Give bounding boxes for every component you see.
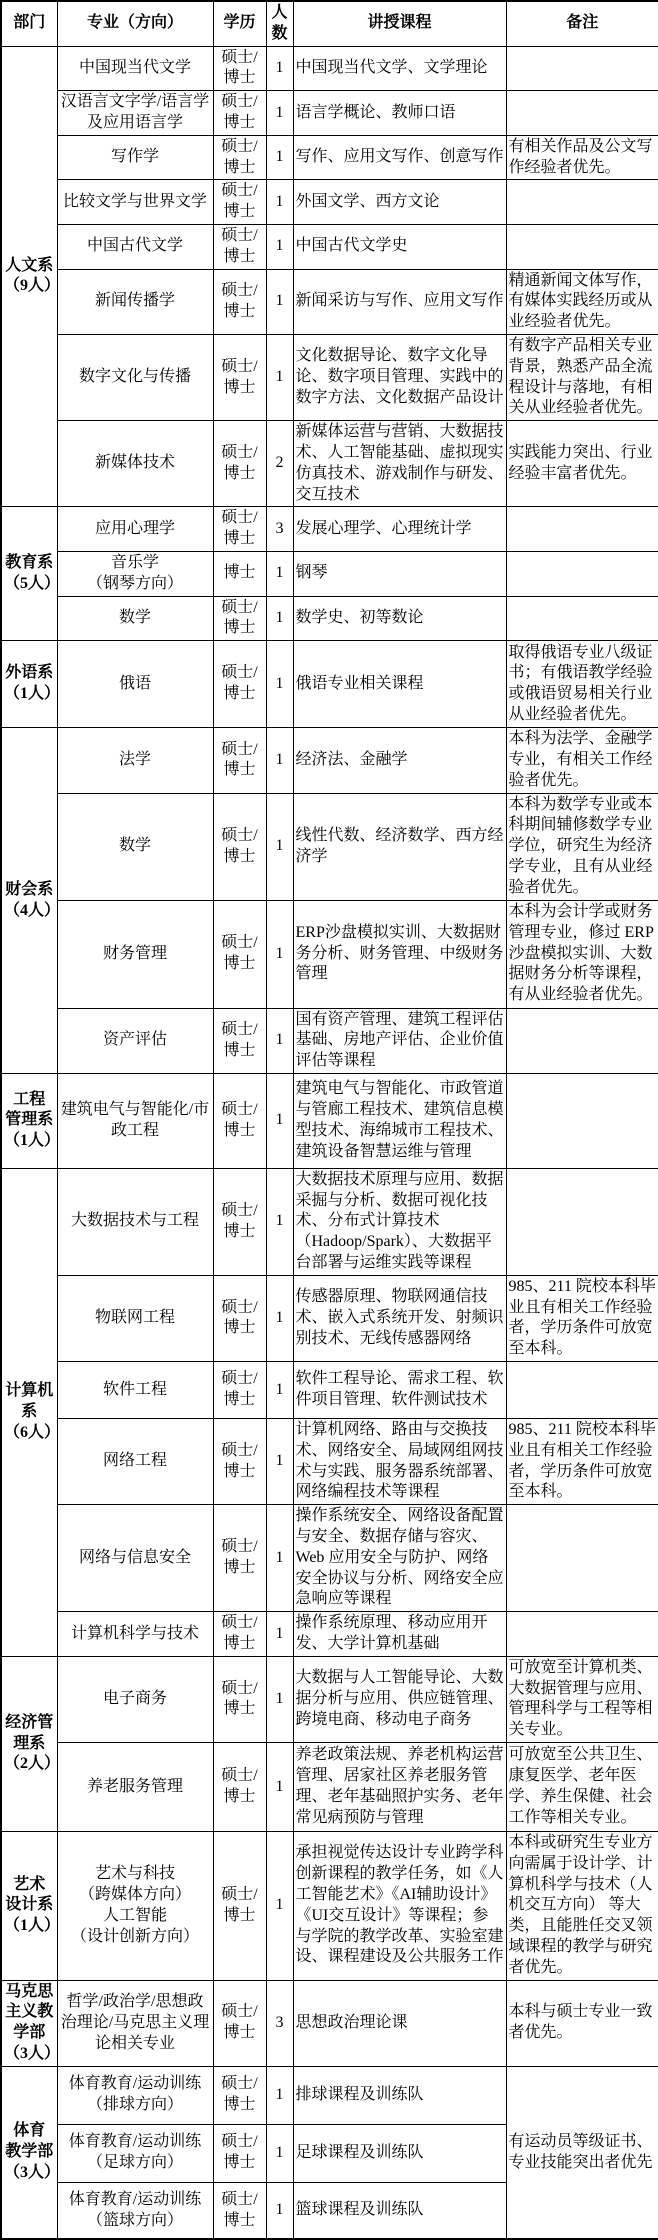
table-row: 财会系 （4人） 法学 硕士/博士 1 经济法、金融学 本科为法学、金融学专业，… bbox=[1, 728, 658, 793]
department-cell: 艺术 设计系 （1人） bbox=[1, 1832, 57, 1981]
count-cell: 1 bbox=[266, 551, 293, 596]
note-cell: 985、211 院校本科毕业且有相关工作经验者，学历条件可放宽至本科。 bbox=[506, 1419, 658, 1505]
major-cell: 汉语言文字学/语言学及应用语言学 bbox=[57, 91, 213, 136]
count-cell: 1 bbox=[266, 2182, 293, 2239]
courses-cell: ERP沙盘模拟实训、大数据财务分析、财务管理、中级财务管理 bbox=[293, 900, 506, 1008]
major-cell: 数字文化与传播 bbox=[57, 334, 213, 420]
courses-cell: 外国文学、西方文论 bbox=[293, 180, 506, 225]
table-row: 音乐学 （钢琴方向） 博士 1 钢琴 bbox=[1, 551, 658, 596]
degree-cell: 硕士/博士 bbox=[213, 641, 266, 728]
courses-cell: 建筑电气与智能化、市政管道与管廊工程技术、建筑信息模型技术、海绵城市工程技术、建… bbox=[293, 1073, 506, 1168]
count-cell: 1 bbox=[266, 1073, 293, 1168]
courses-cell: 文化数据导论、数字文化导论、数字项目管理、实践中的数字方法、文化数据产品设计 bbox=[293, 334, 506, 420]
courses-cell: 养老政策法规、养老机构运营管理、居家社区养老服务管理、老年基础照护实务、老年常见… bbox=[293, 1743, 506, 1832]
courses-cell: 大数据与人工智能导论、大数据分析与应用、供应链管理、跨境电商、移动电子商务 bbox=[293, 1656, 506, 1742]
count-cell: 1 bbox=[266, 2124, 293, 2182]
table-row: 新媒体技术 硕士/博士 2 新媒体运营与营销、大数据技术、人工智能基础、虚拟现实… bbox=[1, 421, 658, 507]
note-cell bbox=[506, 46, 658, 91]
count-cell: 1 bbox=[266, 180, 293, 225]
count-cell: 1 bbox=[266, 1612, 293, 1657]
major-cell: 中国现当代文学 bbox=[57, 46, 213, 91]
table-row: 工程 管理系 （1人） 建筑电气与智能化/市政工程 硕士/博士 1 建筑电气与智… bbox=[1, 1073, 658, 1168]
table-row: 软件工程 硕士/博士 1 软件工程导论、需求工程、软件项目管理、软件测试技术 bbox=[1, 1362, 658, 1419]
major-cell: 物联网工程 bbox=[57, 1275, 213, 1361]
department-cell: 经济管 理系 （2人） bbox=[1, 1656, 57, 1831]
table-row: 物联网工程 硕士/博士 1 传感器原理、物联网通信技术、嵌入式系统开发、射频识别… bbox=[1, 1275, 658, 1361]
count-cell: 1 bbox=[266, 269, 293, 334]
courses-cell: 操作系统安全、网络设备配置与安全、数据存储与容灾、Web 应用安全与防护、网络安… bbox=[293, 1505, 506, 1612]
degree-cell: 硕士/博士 bbox=[213, 728, 266, 793]
note-cell: 实践能力突出、行业经验丰富者优先。 bbox=[506, 421, 658, 507]
courses-cell: 写作、应用文写作、创意写作 bbox=[293, 135, 506, 180]
note-cell: 本科为法学、金融学专业，有相关工作经验者优先。 bbox=[506, 728, 658, 793]
department-cell: 人文系 （9人） bbox=[1, 46, 57, 507]
col-header-note: 备注 bbox=[506, 1, 658, 46]
note-cell bbox=[506, 91, 658, 136]
major-cell: 数学 bbox=[57, 596, 213, 641]
courses-cell: 钢琴 bbox=[293, 551, 506, 596]
note-cell: 本科为会计学或财务管理专业，修过 ERP 沙盘模拟实训、大数据财务分析等课程，有… bbox=[506, 900, 658, 1008]
col-header-count: 人数 bbox=[266, 1, 293, 46]
note-cell bbox=[506, 224, 658, 269]
note-cell: 可放宽至计算机类、大数据管理与应用、管理科学与工程等相关专业。 bbox=[506, 1656, 658, 1742]
courses-cell: 操作系统原理、移动应用开发、大学计算机基础 bbox=[293, 1612, 506, 1657]
count-cell: 1 bbox=[266, 2066, 293, 2124]
courses-cell: 思想政治理论课 bbox=[293, 1980, 506, 2066]
count-cell: 1 bbox=[266, 1656, 293, 1742]
major-cell: 财务管理 bbox=[57, 900, 213, 1008]
major-cell: 资产评估 bbox=[57, 1008, 213, 1073]
note-cell: 本科为数学专业或本科期间辅修数学专业学位，研究生为经济学专业，且有从业经验者优先… bbox=[506, 793, 658, 900]
degree-cell: 硕士/博士 bbox=[213, 269, 266, 334]
major-cell: 建筑电气与智能化/市政工程 bbox=[57, 1073, 213, 1168]
count-cell: 1 bbox=[266, 728, 293, 793]
major-cell: 音乐学 （钢琴方向） bbox=[57, 551, 213, 596]
count-cell: 1 bbox=[266, 1275, 293, 1361]
note-cell bbox=[506, 1073, 658, 1168]
department-cell: 马克思 主义教 学部 （3人） bbox=[1, 1980, 57, 2066]
note-cell: 可放宽至公共卫生、康复医学、老年医学、养生保健、社会工作等相关专业。 bbox=[506, 1743, 658, 1832]
department-cell: 教育系 （5人） bbox=[1, 507, 57, 641]
table-row: 写作学 硕士/博士 1 写作、应用文写作、创意写作 有相关作品及公文写作经验者优… bbox=[1, 135, 658, 180]
courses-cell: 传感器原理、物联网通信技术、嵌入式系统开发、射频识别技术、无线传感器网络 bbox=[293, 1275, 506, 1361]
major-cell: 数学 bbox=[57, 793, 213, 900]
department-cell: 工程 管理系 （1人） bbox=[1, 1073, 57, 1168]
count-cell: 1 bbox=[266, 793, 293, 900]
major-cell: 计算机科学与技术 bbox=[57, 1612, 213, 1657]
courses-cell: 篮球课程及训练队 bbox=[293, 2182, 506, 2239]
degree-cell: 硕士/博士 bbox=[213, 2124, 266, 2182]
degree-cell: 硕士/博士 bbox=[213, 1505, 266, 1612]
degree-cell: 硕士/博士 bbox=[213, 91, 266, 136]
count-cell: 1 bbox=[266, 46, 293, 91]
degree-cell: 硕士/博士 bbox=[213, 180, 266, 225]
degree-cell: 硕士/博士 bbox=[213, 1362, 266, 1419]
degree-cell: 硕士/博士 bbox=[213, 135, 266, 180]
count-cell: 3 bbox=[266, 1980, 293, 2066]
courses-cell: 俄语专业相关课程 bbox=[293, 641, 506, 728]
courses-cell: 线性代数、经济数学、西方经济学 bbox=[293, 793, 506, 900]
table-row: 汉语言文字学/语言学及应用语言学 硕士/博士 1 语言学概论、教师口语 bbox=[1, 91, 658, 136]
table-row: 新闻传播学 硕士/博士 1 新闻采访与写作、应用文写作 精通新闻文体写作，有媒体… bbox=[1, 269, 658, 334]
col-header-degree: 学历 bbox=[213, 1, 266, 46]
table-row: 数学 硕士/博士 1 数学史、初等数论 bbox=[1, 596, 658, 641]
table-row: 经济管 理系 （2人） 电子商务 硕士/博士 1 大数据与人工智能导论、大数据分… bbox=[1, 1656, 658, 1742]
note-cell: 精通新闻文体写作，有媒体实践经历或从业经验者优先。 bbox=[506, 269, 658, 334]
table-row: 马克思 主义教 学部 （3人） 哲学/政治学/思想政治理论/马克思主义理论相关专… bbox=[1, 1980, 658, 2066]
degree-cell: 硕士/博士 bbox=[213, 1743, 266, 1832]
major-cell: 应用心理学 bbox=[57, 507, 213, 552]
courses-cell: 软件工程导论、需求工程、软件项目管理、软件测试技术 bbox=[293, 1362, 506, 1419]
table-row: 中国古代文学 硕士/博士 1 中国古代文学史 bbox=[1, 224, 658, 269]
degree-cell: 硕士/博士 bbox=[213, 596, 266, 641]
table-row: 教育系 （5人） 应用心理学 硕士/博士 3 发展心理学、心理统计学 bbox=[1, 507, 658, 552]
degree-cell: 硕士/博士 bbox=[213, 46, 266, 91]
degree-cell: 硕士/博士 bbox=[213, 1008, 266, 1073]
degree-cell: 硕士/博士 bbox=[213, 1832, 266, 1981]
courses-cell: 计算机网络、路由与交换技术、网络安全、局域网组网技术与实践、服务器系统部署、网络… bbox=[293, 1419, 506, 1505]
degree-cell: 硕士/博士 bbox=[213, 1656, 266, 1742]
count-cell: 1 bbox=[266, 1419, 293, 1505]
courses-cell: 大数据技术原理与应用、数据采掘与分析、数据可视化技术、分布式计算技术（Hadoo… bbox=[293, 1168, 506, 1275]
major-cell: 体育教育/运动训练 （排球方向） bbox=[57, 2066, 213, 2124]
count-cell: 1 bbox=[266, 641, 293, 728]
count-cell: 1 bbox=[266, 596, 293, 641]
note-cell bbox=[506, 1168, 658, 1275]
courses-cell: 排球课程及训练队 bbox=[293, 2066, 506, 2124]
degree-cell: 硕士/博士 bbox=[213, 224, 266, 269]
note-cell bbox=[506, 180, 658, 225]
table-row: 数学 硕士/博士 1 线性代数、经济数学、西方经济学 本科为数学专业或本科期间辅… bbox=[1, 793, 658, 900]
courses-cell: 新媒体运营与营销、大数据技术、人工智能基础、虚拟现实仿真技术、游戏制作与研发、交… bbox=[293, 421, 506, 507]
col-header-courses: 讲授课程 bbox=[293, 1, 506, 46]
courses-cell: 发展心理学、心理统计学 bbox=[293, 507, 506, 552]
department-cell: 计算机 系 （6人） bbox=[1, 1168, 57, 1656]
count-cell: 2 bbox=[266, 421, 293, 507]
note-cell: 有运动员等级证书、专业技能突出者优先 bbox=[506, 2066, 658, 2239]
table-row: 财务管理 硕士/博士 1 ERP沙盘模拟实训、大数据财务分析、财务管理、中级财务… bbox=[1, 900, 658, 1008]
degree-cell: 硕士/博士 bbox=[213, 1980, 266, 2066]
note-cell bbox=[506, 1505, 658, 1612]
major-cell: 中国古代文学 bbox=[57, 224, 213, 269]
count-cell: 1 bbox=[266, 1362, 293, 1419]
note-cell bbox=[506, 507, 658, 552]
note-cell: 985、211 院校本科毕业且有相关工作经验者，学历条件可放宽至本科。 bbox=[506, 1275, 658, 1361]
header-row: 部门 专业（方向） 学历 人数 讲授课程 备注 bbox=[1, 1, 658, 46]
degree-cell: 硕士/博士 bbox=[213, 2182, 266, 2239]
degree-cell: 硕士/博士 bbox=[213, 421, 266, 507]
degree-cell: 硕士/博士 bbox=[213, 2066, 266, 2124]
col-header-department: 部门 bbox=[1, 1, 57, 46]
degree-cell: 硕士/博士 bbox=[213, 1419, 266, 1505]
major-cell: 法学 bbox=[57, 728, 213, 793]
degree-cell: 硕士/博士 bbox=[213, 1612, 266, 1657]
recruitment-table: 部门 专业（方向） 学历 人数 讲授课程 备注 人文系 （9人） 中国现当代文学… bbox=[0, 0, 658, 2240]
col-header-major: 专业（方向） bbox=[57, 1, 213, 46]
major-cell: 俄语 bbox=[57, 641, 213, 728]
table-row: 数字文化与传播 硕士/博士 1 文化数据导论、数字文化导论、数字项目管理、实践中… bbox=[1, 334, 658, 420]
degree-cell: 硕士/博士 bbox=[213, 1073, 266, 1168]
major-cell: 新闻传播学 bbox=[57, 269, 213, 334]
table-row: 人文系 （9人） 中国现当代文学 硕士/博士 1 中国现当代文学、文学理论 bbox=[1, 46, 658, 91]
note-cell bbox=[506, 1008, 658, 1073]
count-cell: 1 bbox=[266, 1832, 293, 1981]
table-row: 计算机 系 （6人） 大数据技术与工程 硕士/博士 1 大数据技术原理与应用、数… bbox=[1, 1168, 658, 1275]
department-cell: 外语系 （1人） bbox=[1, 641, 57, 728]
table-row: 外语系 （1人） 俄语 硕士/博士 1 俄语专业相关课程 取得俄语专业八级证书；… bbox=[1, 641, 658, 728]
count-cell: 1 bbox=[266, 1505, 293, 1612]
recruitment-table-container: 部门 专业（方向） 学历 人数 讲授课程 备注 人文系 （9人） 中国现当代文学… bbox=[0, 0, 658, 2240]
major-cell: 新媒体技术 bbox=[57, 421, 213, 507]
major-cell: 体育教育/运动训练 （足球方向） bbox=[57, 2124, 213, 2182]
count-cell: 1 bbox=[266, 1168, 293, 1275]
note-cell: 本科与硕士专业一致者优先。 bbox=[506, 1980, 658, 2066]
table-row: 养老服务管理 硕士/博士 1 养老政策法规、养老机构运营管理、居家社区养老服务管… bbox=[1, 1743, 658, 1832]
major-cell: 大数据技术与工程 bbox=[57, 1168, 213, 1275]
degree-cell: 硕士/博士 bbox=[213, 900, 266, 1008]
major-cell: 哲学/政治学/思想政治理论/马克思主义理论相关专业 bbox=[57, 1980, 213, 2066]
count-cell: 1 bbox=[266, 900, 293, 1008]
major-cell: 写作学 bbox=[57, 135, 213, 180]
major-cell: 体育教育/运动训练 （篮球方向） bbox=[57, 2182, 213, 2239]
count-cell: 1 bbox=[266, 1743, 293, 1832]
degree-cell: 硕士/博士 bbox=[213, 507, 266, 552]
department-cell: 体育 教学部 （3人） bbox=[1, 2066, 57, 2239]
table-row: 体育 教学部 （3人） 体育教育/运动训练 （排球方向） 硕士/博士 1 排球课… bbox=[1, 2066, 658, 2124]
courses-cell: 足球课程及训练队 bbox=[293, 2124, 506, 2182]
note-cell bbox=[506, 1612, 658, 1657]
courses-cell: 承担视觉传达设计专业跨学科创新课程的教学任务，如《人工智能艺术》《AI辅助设计》… bbox=[293, 1832, 506, 1981]
courses-cell: 中国古代文学史 bbox=[293, 224, 506, 269]
note-cell bbox=[506, 596, 658, 641]
courses-cell: 新闻采访与写作、应用文写作 bbox=[293, 269, 506, 334]
count-cell: 1 bbox=[266, 91, 293, 136]
degree-cell: 硕士/博士 bbox=[213, 334, 266, 420]
note-cell: 取得俄语专业八级证书；有俄语教学经验或俄语贸易相关行业从业经验者优先。 bbox=[506, 641, 658, 728]
major-cell: 比较文学与世界文学 bbox=[57, 180, 213, 225]
major-cell: 养老服务管理 bbox=[57, 1743, 213, 1832]
count-cell: 1 bbox=[266, 334, 293, 420]
courses-cell: 语言学概论、教师口语 bbox=[293, 91, 506, 136]
degree-cell: 硕士/博士 bbox=[213, 1168, 266, 1275]
courses-cell: 经济法、金融学 bbox=[293, 728, 506, 793]
major-cell: 网络与信息安全 bbox=[57, 1505, 213, 1612]
count-cell: 3 bbox=[266, 507, 293, 552]
note-cell: 本科或研究生专业方向需属于设计学、计算机科学与技术（人机交互方向） 等大类，且能… bbox=[506, 1832, 658, 1981]
major-cell: 电子商务 bbox=[57, 1656, 213, 1742]
degree-cell: 博士 bbox=[213, 551, 266, 596]
count-cell: 1 bbox=[266, 224, 293, 269]
courses-cell: 中国现当代文学、文学理论 bbox=[293, 46, 506, 91]
major-cell: 软件工程 bbox=[57, 1362, 213, 1419]
courses-cell: 国有资产管理、建筑工程评估基础、房地产评估、企业价值评估等课程 bbox=[293, 1008, 506, 1073]
courses-cell: 数学史、初等数论 bbox=[293, 596, 506, 641]
table-row: 计算机科学与技术 硕士/博士 1 操作系统原理、移动应用开发、大学计算机基础 bbox=[1, 1612, 658, 1657]
table-row: 网络工程 硕士/博士 1 计算机网络、路由与交换技术、网络安全、局域网组网技术与… bbox=[1, 1419, 658, 1505]
table-row: 资产评估 硕士/博士 1 国有资产管理、建筑工程评估基础、房地产评估、企业价值评… bbox=[1, 1008, 658, 1073]
count-cell: 1 bbox=[266, 1008, 293, 1073]
note-cell: 有相关作品及公文写作经验者优先。 bbox=[506, 135, 658, 180]
table-row: 比较文学与世界文学 硕士/博士 1 外国文学、西方文论 bbox=[1, 180, 658, 225]
note-cell bbox=[506, 1362, 658, 1419]
department-cell: 财会系 （4人） bbox=[1, 728, 57, 1074]
major-cell: 网络工程 bbox=[57, 1419, 213, 1505]
degree-cell: 硕士/博士 bbox=[213, 1275, 266, 1361]
note-cell: 有数字产品相关专业背景，熟悉产品全流程设计与落地，有相关从业经验者优先。 bbox=[506, 334, 658, 420]
degree-cell: 硕士/博士 bbox=[213, 793, 266, 900]
count-cell: 1 bbox=[266, 135, 293, 180]
table-row: 网络与信息安全 硕士/博士 1 操作系统安全、网络设备配置与安全、数据存储与容灾… bbox=[1, 1505, 658, 1612]
note-cell bbox=[506, 551, 658, 596]
table-row: 艺术 设计系 （1人） 艺术与科技 （跨媒体方向） 人工智能 （设计创新方向） … bbox=[1, 1832, 658, 1981]
major-cell: 艺术与科技 （跨媒体方向） 人工智能 （设计创新方向） bbox=[57, 1832, 213, 1981]
